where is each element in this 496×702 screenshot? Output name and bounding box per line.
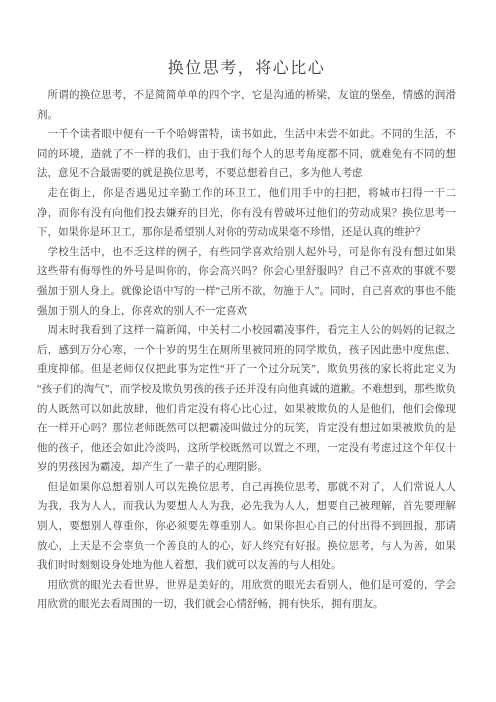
essay-paragraph-hamlet: 一千个读者眼中便有一千个哈姆雷特，读书如此，生活中未尝不如此。不同的生活，不同的… <box>37 125 456 184</box>
document-page: 换位思考，将心比心 所谓的换位思考，不是简简单单的四个字，它是沟通的桥梁，友谊的… <box>0 0 496 702</box>
essay-paragraph-intro: 所谓的换位思考，不是简简单单的四个字，它是沟通的桥梁，友谊的堡垒，情感的润滑剂。 <box>37 86 456 125</box>
essay-paragraph-mutual-respect: 但是如果你总想着别人可以先换位思考，自己再换位思考，那就不对了，人们常说人人为我… <box>37 478 456 576</box>
essay-paragraph-street-cleaner: 走在街上，你是否遇见过辛勤工作的环卫工，他们用手中的扫把，将城市扫得一干二净，而… <box>37 184 456 243</box>
essay-paragraph-conclusion: 用欣赏的眼光去看世界，世界是美好的，用欣赏的眼光去看别人，他们是可爱的，学会用欣… <box>37 576 456 615</box>
essay-paragraph-school-nicknames: 学校生活中，也不乏这样的例子，有些同学喜欢给别人起外号，可是你有没有想过如果这些… <box>37 243 456 321</box>
essay-paragraph-bullying-news: 周末时我看到了这样一篇新闻，中关村二小校园霸凌事件，看完主人公的妈妈的记叙之后，… <box>37 321 456 478</box>
essay-title: 换位思考，将心比心 <box>37 57 456 80</box>
